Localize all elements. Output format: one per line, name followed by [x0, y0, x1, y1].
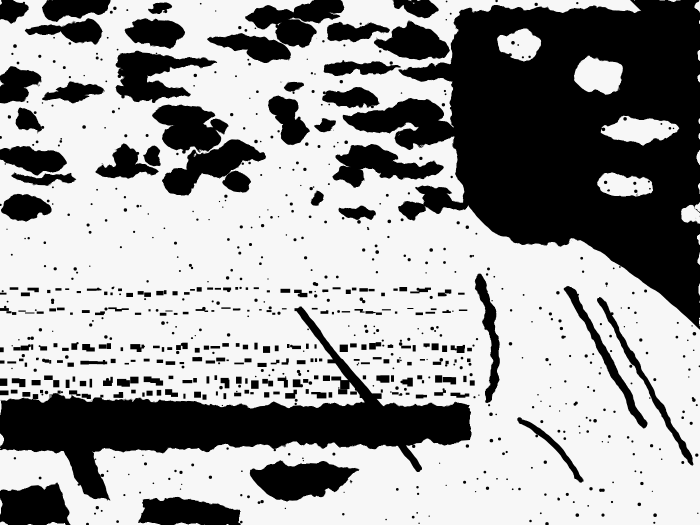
- halftone-photo: High-contrast black-and-white halftone/p…: [0, 0, 700, 525]
- halftone-scene-graphic: [0, 0, 700, 525]
